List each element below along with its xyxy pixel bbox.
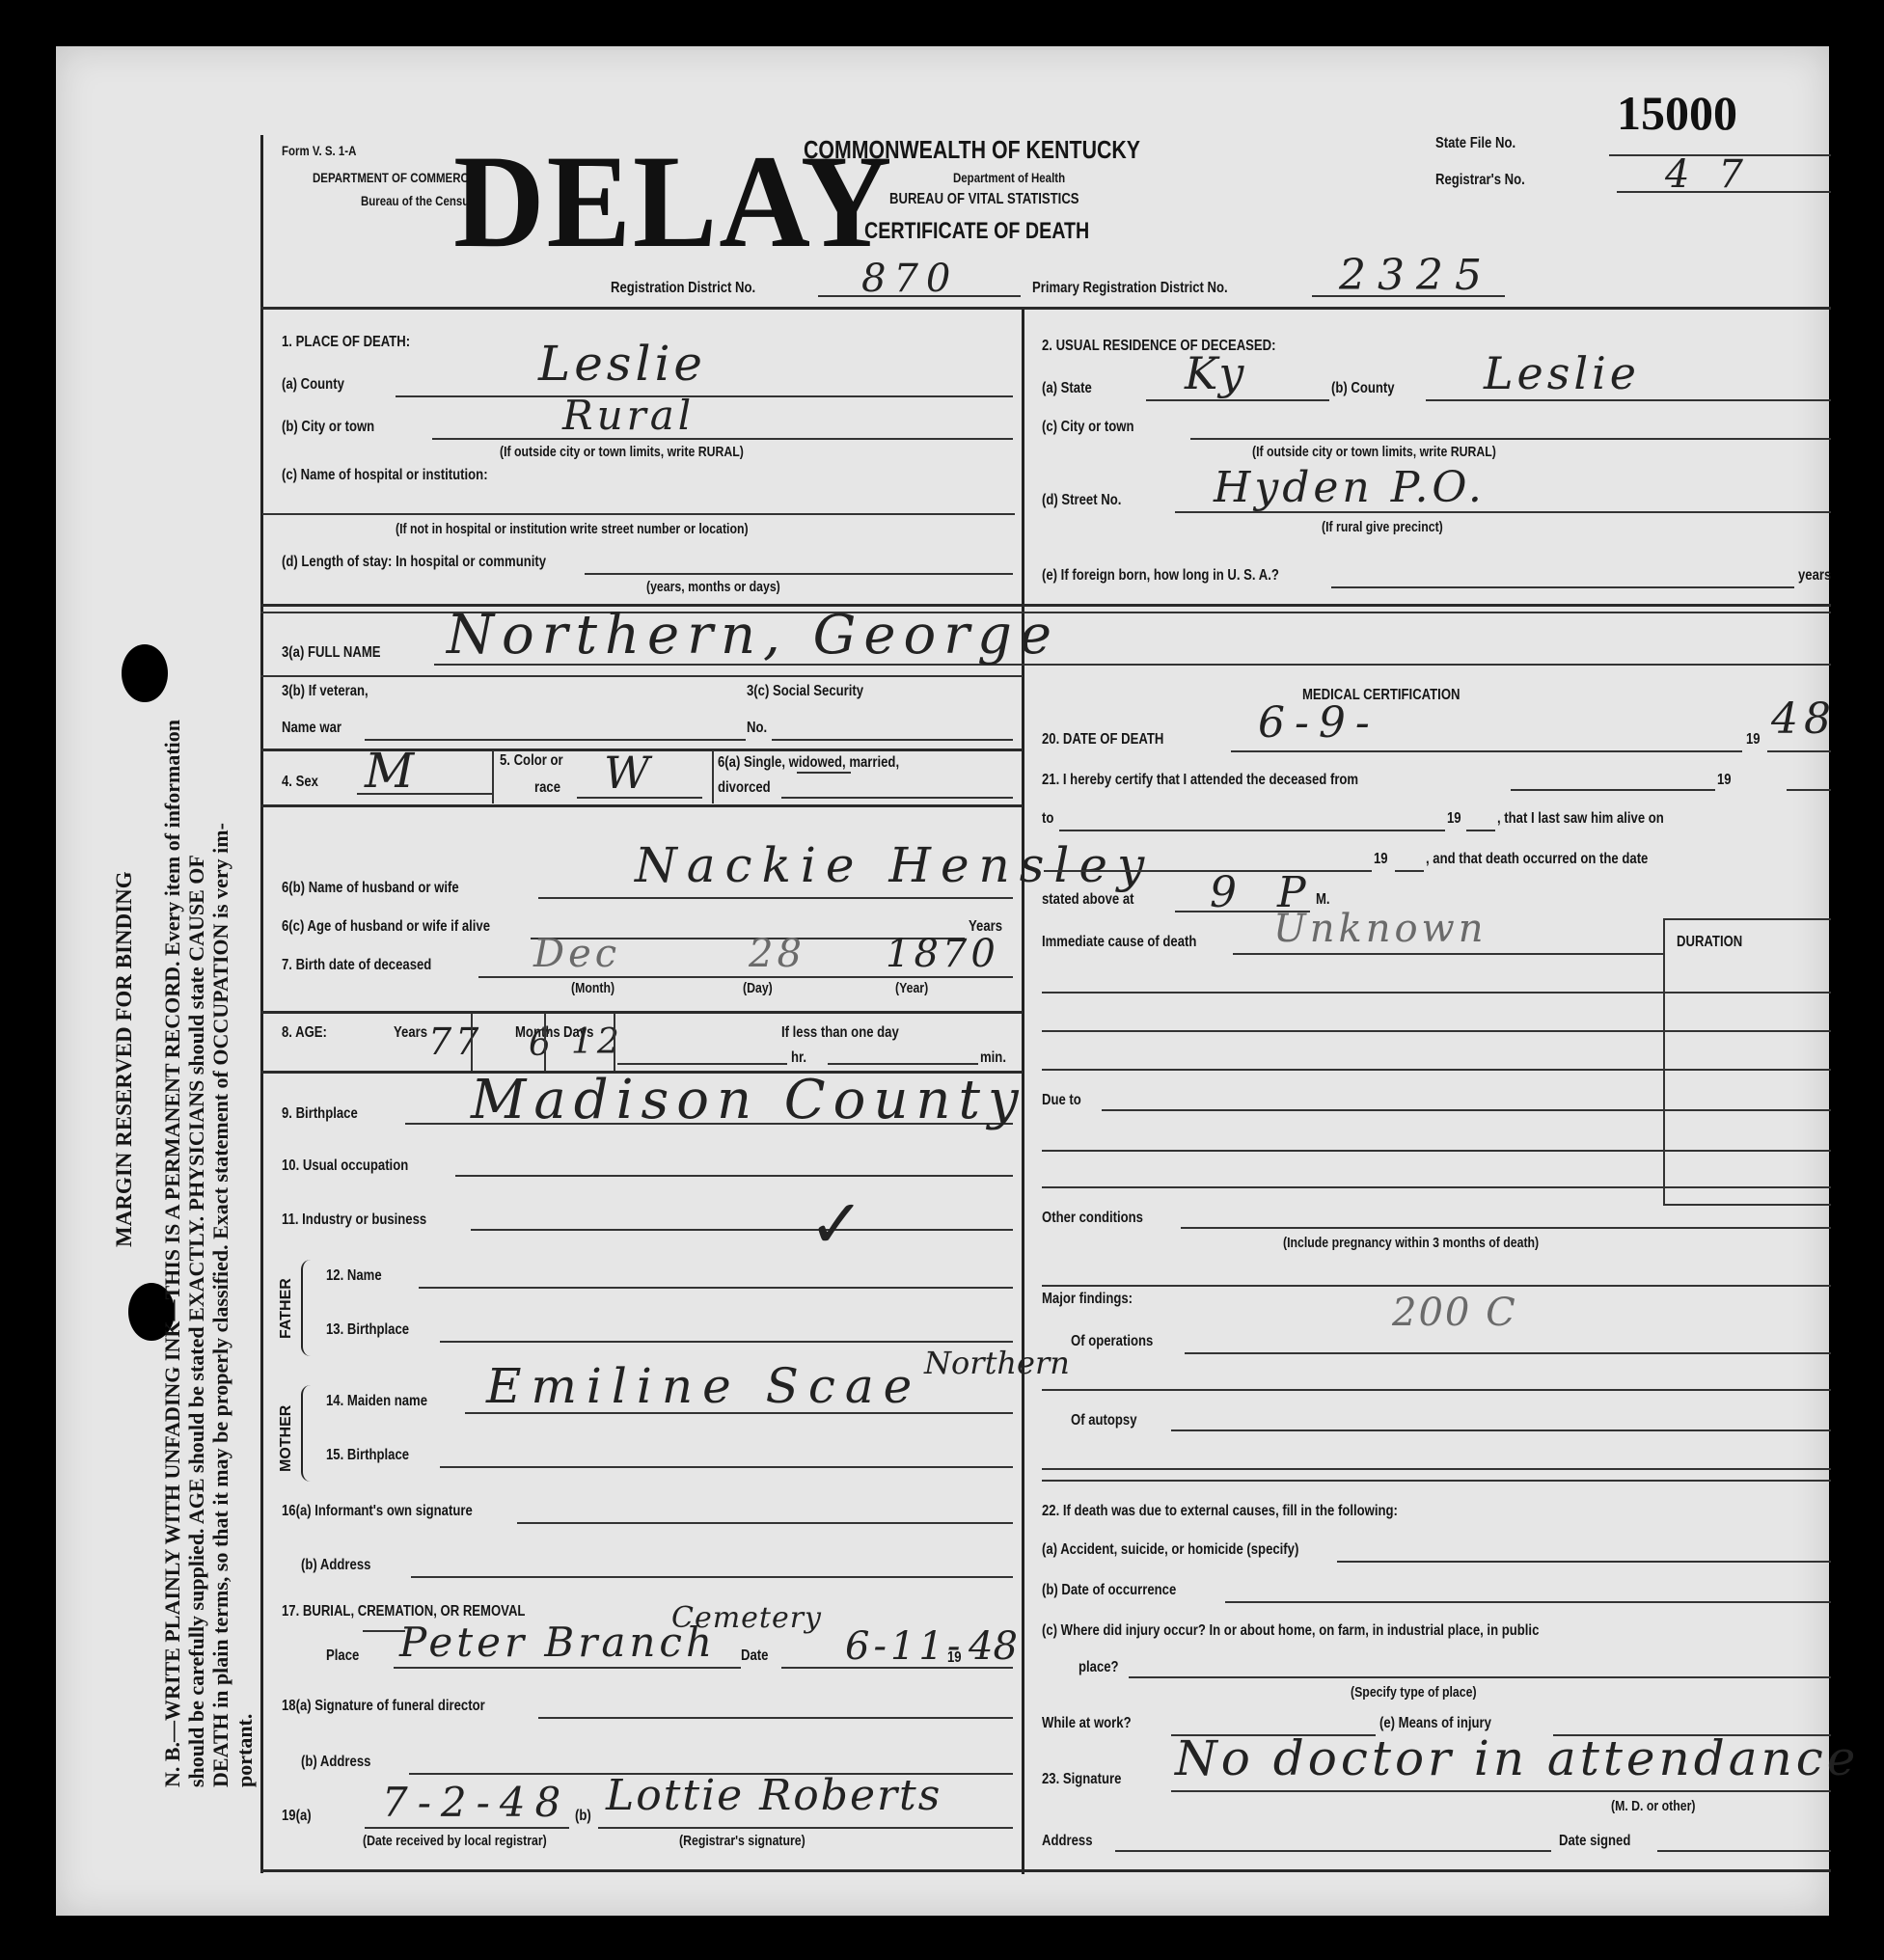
certifier-address-label: Address [1042,1833,1093,1850]
binding-hole-top [122,644,168,702]
reg-district-label: Registration District No. [611,280,755,297]
burial-place-label: Place [326,1647,359,1665]
birth-day-value: 28 [749,932,805,976]
age-divider-3 [614,1013,615,1071]
spouse-age-label: 6(c) Age of husband or wife if alive [282,918,490,936]
mother-maiden-value: Emiline Scae [486,1358,921,1414]
res-foreign-field[interactable] [1331,586,1794,588]
date-of-death-prefix: 19 [1746,731,1761,749]
res-state-value: Ky [1185,347,1247,399]
birth-day-hint: (Day) [743,980,773,996]
age-years-label: Years [394,1024,427,1042]
father-birthplace-label: 13. Birthplace [326,1321,409,1339]
mother-birthplace-field[interactable] [440,1466,1013,1468]
veteran-label: 3(b) If veteran, [282,683,369,700]
birth-year-hint: (Year) [895,980,928,996]
name-war-label: Name war [282,720,341,737]
marital-label-2: divorced [718,779,771,797]
duration-label: DURATION [1677,934,1742,951]
res-state-label: (a) State [1042,380,1092,397]
duration-box-bottom [1663,1204,1831,1206]
burial-date-label: Date [741,1647,768,1665]
res-street-label: (d) Street No. [1042,492,1121,509]
certify-occurred-year-field[interactable] [1395,870,1424,872]
father-bracket-icon [301,1260,313,1356]
registrar-received-hint: (Date received by local registrar) [363,1833,547,1849]
primary-reg-district-label: Primary Registration District No. [1032,280,1228,297]
margin-binding-text: MARGIN RESERVED FOR BINDING [112,871,137,1247]
other-conditions-hint: (Include pregnancy within 3 months of de… [1283,1235,1539,1251]
divider-row-8 [260,1011,1023,1014]
cause-line-2[interactable] [1042,992,1831,994]
operations-annotation: 200 C [1392,1291,1517,1335]
cause-value: Unknown [1273,907,1488,951]
external-work-label: While at work? [1042,1715,1132,1732]
certificate-paper: MARGIN RESERVED FOR BINDING N. B.—WRITE … [56,46,1829,1916]
color-value: W [604,747,653,799]
cause-field[interactable] [1233,953,1663,955]
certify-occurred-text: , and that death occurred on the date [1426,851,1648,868]
res-county-label: (b) County [1331,380,1395,397]
certify-occurred-19: 19 [1374,851,1388,868]
margin-note-line1: N. B.—WRITE PLAINLY WITH UNFADING INK—TH… [160,720,185,1787]
res-city-hint: (If outside city or town limits, write R… [1252,444,1496,460]
marital-label-1: 6(a) Single, widowed, married, [718,754,899,772]
operations-label: Of operations [1071,1333,1153,1350]
informant-address-field[interactable] [411,1576,1013,1578]
certifier-signature-label: 23. Signature [1042,1771,1121,1788]
registrar-no-label: Registrar's No. [1435,172,1525,189]
marital-field[interactable] [781,797,1013,799]
external-a-field[interactable] [1337,1561,1831,1563]
medical-divider [1042,1480,1831,1482]
age-label: 8. AGE: [282,1024,327,1042]
date-of-death-label: 20. DATE OF DEATH [1042,731,1163,749]
date-of-death-field[interactable] [1231,750,1742,752]
res-foreign-label: (e) If foreign born, how long in U. S. A… [1042,567,1279,585]
burial-date-prefix: 19 [947,1649,962,1667]
registrar-sig-hint: (Registrar's signature) [679,1833,805,1849]
mother-maiden-annotation: Northern [924,1345,1070,1381]
state-name: COMMONWEALTH OF KENTUCKY [804,135,1140,165]
res-city-field[interactable] [1190,438,1831,440]
date-of-death-year-field[interactable] [1767,750,1831,752]
spouse-label: 6(b) Name of husband or wife [282,880,459,897]
certifier-signature-field[interactable] [1171,1790,1831,1792]
marital-widowed-underline [797,772,851,774]
death-city-value: Rural [562,392,695,439]
margin-note-line3: DEATH in plain terms, so that it may be … [208,823,233,1787]
other-conditions-field[interactable] [1181,1227,1831,1229]
birth-month-value: Dec [533,932,620,976]
birth-month-hint: (Month) [571,980,614,996]
certify-last-saw: , that I last saw him alive on [1497,810,1664,828]
full-name-value: Northern, George [447,604,1059,667]
birthplace-value: Madison County [471,1069,1026,1131]
ss-label: 3(c) Social Security [747,683,863,700]
age-min-field[interactable] [828,1063,978,1065]
occupation-field[interactable] [455,1175,1013,1177]
certify-to-19: 19 [1447,810,1461,828]
spouse-field[interactable] [538,897,1013,899]
full-name-label: 3(a) FULL NAME [282,644,381,662]
burial-date-value: 6-11- [845,1624,964,1669]
time-label: stated above at [1042,891,1134,909]
industry-check: ✓ [808,1184,869,1264]
autopsy-line-2[interactable] [1042,1468,1831,1470]
res-foreign-unit: years [1798,567,1831,585]
certify-to-year-field[interactable] [1466,830,1495,831]
place-of-death-heading: 1. PLACE OF DEATH: [282,334,410,351]
burial-place-field[interactable] [394,1667,741,1669]
age-hr-field[interactable] [617,1063,787,1065]
certify-to-field[interactable] [1059,830,1445,831]
ss-field[interactable] [772,739,1013,741]
state-bureau: BUREAU OF VITAL STATISTICS [889,191,1079,208]
res-street-hint: (If rural give precinct) [1322,519,1443,535]
registrar-received-label: 19(a) [282,1808,312,1825]
other-conditions-line-2[interactable] [1042,1285,1831,1287]
color-divider [712,750,714,803]
certifier-date-field[interactable] [1657,1850,1831,1852]
father-birthplace-field[interactable] [440,1341,1013,1343]
industry-field[interactable] [471,1229,1013,1231]
name-war-field[interactable] [365,739,746,741]
certifier-signature-hint: (M. D. or other) [1611,1798,1695,1814]
birthplace-label: 9. Birthplace [282,1105,358,1123]
burial-place-annotation: Cemetery [671,1601,822,1635]
age-divider-1 [471,1013,473,1071]
external-a-label: (a) Accident, suicide, or homicide (spec… [1042,1541,1298,1559]
color-label-1: 5. Color or [500,752,563,770]
reg-district-value: 870 [861,257,958,301]
ss-no-label: No. [747,720,767,737]
state-dept: Department of Health [953,170,1065,185]
form-id: Form V. S. 1-A [282,143,356,158]
certify-from-year-field[interactable] [1787,789,1831,791]
certify-to-label: to [1042,810,1053,828]
res-city-label: (c) City or town [1042,419,1133,436]
certify-label: 21. I hereby certify that I attended the… [1042,772,1358,789]
hospital-field[interactable] [262,513,1015,515]
operations-field[interactable] [1185,1352,1831,1354]
autopsy-label: Of autopsy [1071,1412,1137,1429]
date-of-death-year: 48 [1771,694,1837,744]
cause-line-3[interactable] [1042,1030,1831,1032]
external-c-field[interactable] [1129,1676,1831,1678]
informant-address-label: (b) Address [301,1557,370,1574]
divider-row-6 [260,804,1023,807]
res-county-field[interactable] [1426,399,1831,401]
certify-last-field[interactable] [1044,870,1372,872]
external-c-label: (c) Where did injury occur? In or about … [1042,1622,1539,1640]
primary-reg-district-value: 2325 [1339,251,1493,300]
federal-dept: DEPARTMENT OF COMMERCE [313,170,476,185]
spouse-value: Nackie Hensley [635,837,1154,893]
duration-box-top [1663,918,1831,920]
funeral-director-label: 18(a) Signature of funeral director [282,1698,485,1715]
stamp-number: 15000 [1617,85,1737,141]
due-to-label: Due to [1042,1092,1081,1109]
sex-divider [492,750,494,803]
birth-field[interactable] [478,976,1013,978]
burial-date-year: 48 [969,1624,1018,1669]
informant-signature-field[interactable] [517,1522,1013,1524]
hospital-hint: (If not in hospital or institution write… [396,521,749,537]
date-of-death-value: 6-9- [1258,698,1379,748]
external-heading: 22. If death was due to external causes,… [1042,1503,1398,1520]
age-less-label: If less than one day [781,1024,899,1042]
registrar-received-field[interactable] [365,1827,569,1829]
mother-side-label: MOTHER [278,1405,295,1472]
age-min-label: min. [980,1049,1006,1067]
certify-from-field[interactable] [1511,789,1715,791]
age-months-value: 6 [529,1024,555,1064]
age-years-value: 77 [428,1021,482,1063]
death-city-field[interactable] [432,438,1013,440]
mother-birthplace-label: 15. Birthplace [326,1447,409,1464]
mother-bracket-icon [301,1385,313,1482]
funeral-address-label: (b) Address [301,1754,370,1771]
registrar-sig-label: (b) [575,1808,591,1825]
occupation-label: 10. Usual occupation [282,1157,408,1175]
sex-value: M [365,743,418,799]
hospital-label: (c) Name of hospital or institution: [282,467,488,484]
full-name-divider [260,675,1023,677]
sex-label: 4. Sex [282,774,318,791]
margin-note-line2: should be carefully supplied. AGE should… [184,855,209,1787]
mother-maiden-label: 14. Maiden name [326,1393,427,1410]
birth-year-value: 1870 [886,932,999,976]
certifier-signature-value: No doctor in attendance [1175,1730,1859,1786]
death-city-label: (b) City or town [282,419,374,436]
registrar-sig-field[interactable] [598,1827,1013,1829]
certifier-date-label: Date signed [1559,1833,1630,1850]
margin-note-line4: portant. [232,1714,258,1787]
stay-hint: (years, months or days) [646,579,780,595]
stay-field[interactable] [585,573,1013,575]
cause-line-4[interactable] [1042,1069,1831,1071]
registrar-no-value: 47 [1665,152,1772,197]
funeral-director-field[interactable] [538,1717,1013,1719]
death-city-hint: (If outside city or town limits, write R… [500,444,744,460]
registrar-sig-value: Lottie Roberts [606,1771,942,1820]
informant-signature-label: 16(a) Informant's own signature [282,1503,473,1520]
father-side-label: FATHER [278,1278,295,1339]
death-county-label: (a) County [282,376,344,394]
form-left-border [260,135,263,1873]
res-county-value: Leslie [1484,347,1640,399]
res-street-value: Hyden P.O. [1214,463,1486,512]
major-findings-label: Major findings: [1042,1291,1133,1308]
autopsy-field[interactable] [1171,1429,1831,1431]
death-county-field[interactable] [396,395,1013,397]
registrar-received-value: 7-2-48 [382,1779,570,1826]
death-county-value: Leslie [538,336,706,392]
form-bottom-border [260,1869,1831,1872]
certificate-title: CERTIFICATE OF DEATH [864,218,1089,245]
due-to-field[interactable] [1102,1109,1831,1111]
certifier-address-field[interactable] [1115,1850,1551,1852]
due-to-line-3[interactable] [1042,1186,1831,1188]
operations-line-2[interactable] [1042,1389,1831,1391]
external-b-label: (b) Date of occurrence [1042,1582,1176,1599]
state-file-label: State File No. [1435,135,1515,152]
cause-label: Immediate cause of death [1042,934,1196,951]
external-c-label2: place? [1079,1659,1119,1676]
duration-box-left [1663,918,1665,1204]
industry-label: 11. Industry or business [282,1211,426,1229]
color-label-2: race [534,779,560,797]
other-conditions-label: Other conditions [1042,1210,1143,1227]
birth-label: 7. Birth date of deceased [282,957,431,974]
header-divider [260,307,1831,310]
stay-label: (d) Length of stay: In hospital or commu… [282,554,546,571]
father-name-label: 12. Name [326,1267,382,1285]
age-hr-label: hr. [791,1049,806,1067]
certify-from-19: 19 [1717,772,1732,789]
external-b-field[interactable] [1225,1601,1831,1603]
burial-place-value: Peter Branch [399,1619,716,1666]
age-divider-2 [544,1013,546,1071]
external-c-hint: (Specify type of place) [1351,1684,1477,1701]
res-state-field[interactable] [1146,399,1329,401]
due-to-line-2[interactable] [1042,1150,1831,1152]
father-name-field[interactable] [419,1287,1013,1289]
